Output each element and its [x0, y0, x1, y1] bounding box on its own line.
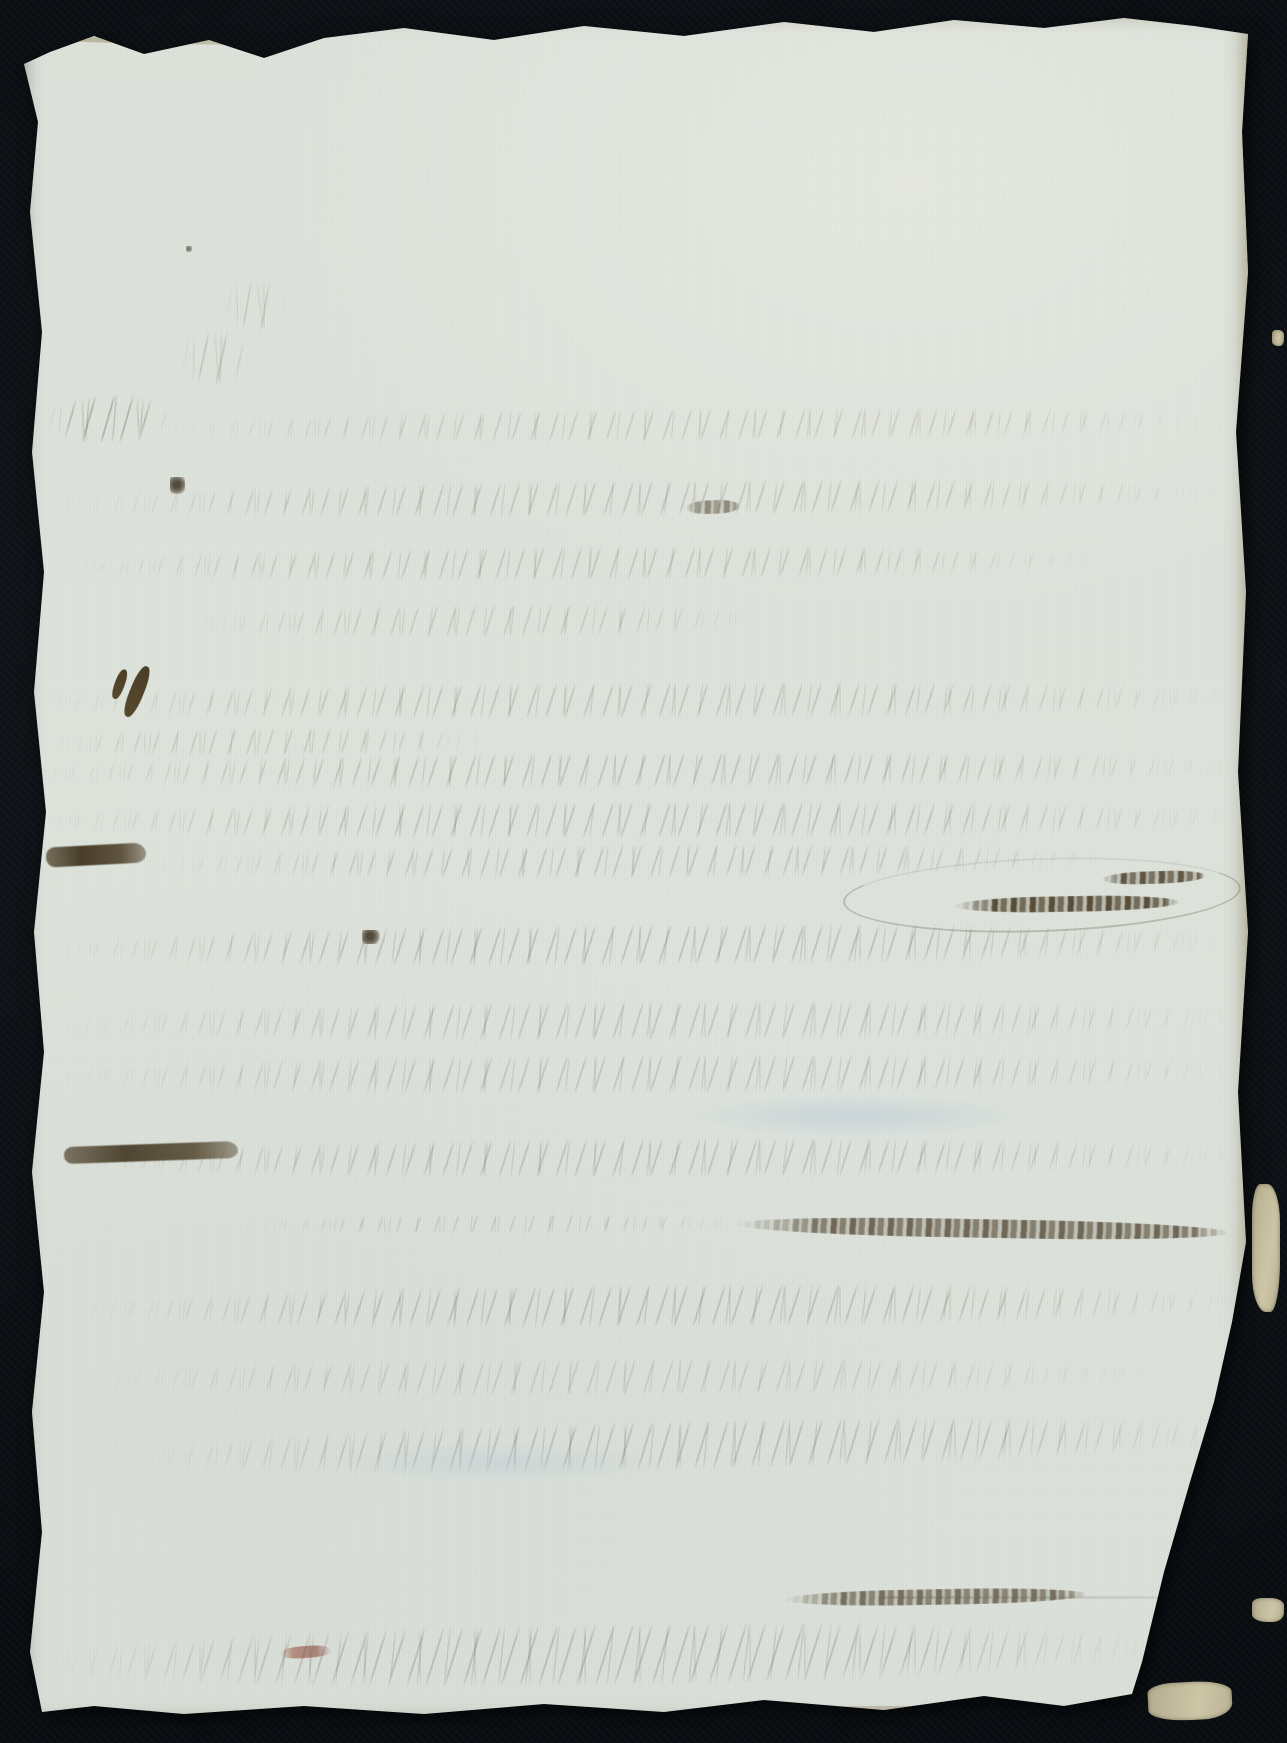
- red-mark-bottom: [280, 1644, 333, 1660]
- smudge-loop-outline: [842, 851, 1242, 939]
- bleed-through-text-line-13: [65, 1137, 1245, 1179]
- blue-tint-mid: [686, 1094, 1030, 1138]
- bleed-through-text-line-17: [150, 1411, 1241, 1480]
- speck-upper-left: [186, 246, 192, 252]
- bleed-through-text-line-07: [30, 751, 1230, 789]
- bleed-through-text-line-06: [55, 727, 485, 757]
- top-edge-fiber: [30, 36, 300, 47]
- blue-tint-lower: [328, 1442, 672, 1484]
- grainy-streak-bottom: [784, 1586, 1088, 1607]
- heavy-dash-upper-left: [46, 842, 147, 867]
- bleed-through-text-line-08: [35, 801, 1240, 839]
- bleed-through-text-line-01: [170, 405, 1210, 444]
- ink-streak-right-1: [1102, 869, 1206, 886]
- bleed-through-text-line-15: [90, 1282, 1240, 1330]
- bleed-through-text-line-02: [55, 476, 1215, 521]
- smudge-mid-line: [686, 499, 740, 515]
- bleed-through-header-cluster-left: [47, 394, 169, 444]
- bleed-through-text-line-04: [200, 604, 760, 639]
- bottom-curl-line: [680, 1706, 1160, 1712]
- bleed-through-text-line-14-tail: [240, 1214, 750, 1235]
- ink-streak-right-2: [954, 894, 1180, 914]
- bleed-through-text-line-16: [95, 1357, 1145, 1396]
- pen-stroke-pair-sp1: [109, 668, 129, 701]
- bleed-through-scratch-top-center: [222, 278, 288, 334]
- ink-blob-left: [170, 477, 185, 494]
- bleed-through-text-line-18-bottom: [55, 1618, 1151, 1691]
- pencil-rule-bottom: [878, 1596, 1232, 1599]
- manuscript-page-wrap: [0, 0, 1287, 1743]
- bleed-through-text-line-05: [35, 681, 1230, 720]
- pen-stroke-pair-sp2: [120, 664, 153, 719]
- bleed-through-text-line-10: [55, 922, 1230, 968]
- manuscript-page: [24, 12, 1248, 1722]
- bleed-through-squiggle-upper-left: [179, 329, 250, 388]
- scan-backdrop: [0, 0, 1287, 1743]
- bleed-through-text-line-03: [60, 544, 1090, 582]
- grainy-streak-mid-right: [736, 1215, 1230, 1243]
- pen-stroke-pair: [109, 662, 154, 720]
- bleed-through-text-line-12: [65, 1053, 1245, 1095]
- bleed-through-text-line-11: [65, 1000, 1240, 1042]
- ink-blob-center: [362, 930, 380, 944]
- bleed-through-text-line-09: [158, 843, 1108, 881]
- heavy-dash-lower-left: [64, 1141, 238, 1164]
